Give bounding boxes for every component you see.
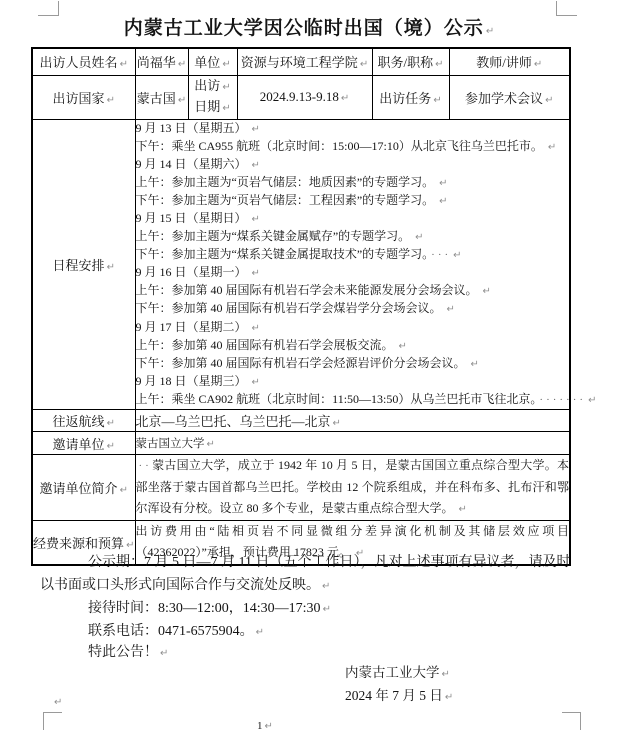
table-row-schedule: 日程安排 9 月 13 日（星期五） 下午：乘坐 CA955 航班（北京时间：1…: [32, 119, 570, 410]
schedule-line-text: 上午：参加主题为“煤系关键金属赋存”的专题学习。: [136, 229, 411, 243]
schedule-line-text: 9 月 16 日（星期一）: [136, 265, 247, 279]
schedule-content: 9 月 13 日（星期五） 下午：乘坐 CA955 航班（北京时间：15:00—…: [135, 119, 570, 410]
schedule-line: 下午：参加第 40 届国际有机岩石学会烃源岩评价分会场会议。: [136, 355, 570, 373]
schedule-line-text: 9 月 13 日（星期五）: [136, 121, 247, 135]
page-title: 内蒙古工业大学因公临时出国（境）公示: [0, 13, 618, 40]
schedule-line: 9 月 13 日（星期五）: [136, 120, 570, 138]
space-dots: ·······: [539, 394, 586, 406]
schedule-line-text: 下午：参加第 40 届国际有机岩石学会煤岩学分会场会议。: [136, 301, 442, 315]
schedule-line: 下午：参加主题为“煤系关键金属提取技术”的专题学习。···: [136, 246, 570, 264]
label-visit-task: 出访任务: [372, 75, 449, 119]
schedule-line: 9 月 15 日（星期日）: [136, 210, 570, 228]
schedule-line-text: 9 月 14 日（星期六）: [136, 157, 247, 171]
schedule-line-text: 上午：参加第 40 届国际有机岩石学会展板交流。: [136, 338, 394, 352]
value-visit-task: 参加学术会议: [449, 75, 570, 119]
signature-organization: 内蒙古工业大学: [345, 661, 450, 681]
table-row-trip: 出访国家 蒙古国 出访 日期 2024.9.13-9.18 出访任务 参加学术会…: [32, 75, 570, 119]
table-row-inviter: 邀请单位 蒙古国立大学: [32, 432, 570, 455]
schedule-line: 9 月 14 日（星期六）: [136, 156, 570, 174]
schedule-line: 下午：乘坐 CA955 航班（北京时间：15:00—17:10）从北京飞往乌兰巴…: [136, 138, 570, 156]
table-row-person: 出访人员姓名 尚福华 单位 资源与环境工程学院 职务/职称 教师/讲师: [32, 48, 570, 75]
value-route: 北京—乌兰巴托、乌兰巴托—北京: [135, 410, 570, 432]
space-dots: ···: [431, 249, 451, 261]
label-inviter: 邀请单位: [32, 432, 135, 455]
schedule-line: 9 月 16 日（星期一）: [136, 264, 570, 282]
schedule-line-text: 上午：乘坐 CA902 航班（北京时间：11:50—13:50）从乌兰巴托市飞往…: [136, 392, 537, 406]
notice-period-line2: 以书面或口头形式向国际合作与交流处反映。: [40, 574, 330, 594]
label-schedule: 日程安排: [32, 119, 135, 410]
page-number: 1: [257, 720, 273, 732]
label-visit-date-line1: 出访: [189, 76, 237, 97]
notice-period-line1: 公示期：7 月 5 日—7 月 11 日（五个工作日），凡对上述事项有异议者，请…: [88, 551, 570, 571]
value-visit-date: 2024.9.13-9.18: [237, 75, 372, 119]
schedule-line-text: 9 月 18 日（星期三）: [136, 374, 247, 388]
contact-phone: 联系电话：0471-6575904。: [88, 620, 264, 640]
space-dots: ··: [139, 460, 152, 472]
schedule-line-text: 下午：乘坐 CA955 航班（北京时间：15:00—17:10）从北京飞往乌兰巴…: [136, 139, 543, 153]
schedule-line: 上午：参加主题为“煤系关键金属赋存”的专题学习。: [136, 228, 570, 246]
schedule-line: 9 月 18 日（星期三）: [136, 373, 570, 391]
schedule-line-text: 9 月 15 日（星期日）: [136, 211, 247, 225]
empty-paragraph-mark: [52, 694, 62, 710]
table-row-inviter-intro: 邀请单位简介 ··蒙古国立大学，成立于 1942 年 10 月 5 日，是蒙古国…: [32, 455, 570, 521]
notice-table: 出访人员姓名 尚福华 单位 资源与环境工程学院 职务/职称 教师/讲师 出访国家…: [31, 47, 571, 566]
schedule-line: 下午：参加第 40 届国际有机岩石学会煤岩学分会场会议。: [136, 300, 570, 318]
schedule-line-text: 下午：参加主题为“煤系关键金属提取技术”的专题学习。: [136, 247, 429, 261]
label-position-title: 职务/职称: [372, 48, 449, 75]
schedule-line-text: 上午：参加主题为“页岩气储层：地质因素”的专题学习。: [136, 175, 435, 189]
label-route: 往返航线: [32, 410, 135, 432]
table-row-route: 往返航线 北京—乌兰巴托、乌兰巴托—北京: [32, 410, 570, 432]
label-destination-country: 出访国家: [32, 75, 135, 119]
value-position-title: 教师/讲师: [449, 48, 570, 75]
value-inviter: 蒙古国立大学: [135, 432, 570, 455]
document-page: 内蒙古工业大学因公临时出国（境）公示 出访人员姓名 尚福华 单位 资源与环境工程…: [0, 0, 618, 741]
schedule-line: 上午：乘坐 CA902 航班（北京时间：11:50—13:50）从乌兰巴托市飞往…: [136, 391, 570, 409]
schedule-line: 上午：参加主题为“页岩气储层：地质因素”的专题学习。: [136, 174, 570, 192]
label-inviter-intro: 邀请单位简介: [32, 455, 135, 521]
label-unit: 单位: [188, 48, 237, 75]
schedule-line: 下午：参加主题为“页岩气储层：工程因素”的专题学习。: [136, 192, 570, 210]
label-visit-date-line2: 日期: [189, 97, 237, 118]
announcement-closing: 特此公告！: [88, 641, 168, 661]
schedule-line-text: 下午：参加主题为“页岩气储层：工程因素”的专题学习。: [136, 193, 435, 207]
signature-date: 2024 年 7 月 5 日: [345, 684, 453, 704]
label-visit-date: 出访 日期: [188, 75, 237, 119]
label-visitor-name: 出访人员姓名: [32, 48, 135, 75]
schedule-line-text: 上午：参加第 40 届国际有机岩石学会未来能源发展分会场会议。: [136, 283, 478, 297]
value-unit: 资源与环境工程学院: [237, 48, 372, 75]
schedule-line: 上午：参加第 40 届国际有机岩石学会未来能源发展分会场会议。: [136, 282, 570, 300]
inviter-intro-text: 蒙古国立大学，成立于 1942 年 10 月 5 日，是蒙古国国立重点综合型大学…: [136, 458, 570, 515]
reception-hours: 接待时间：8:30—12:00，14:30—17:30: [88, 597, 331, 617]
schedule-line: 上午：参加第 40 届国际有机岩石学会展板交流。: [136, 337, 570, 355]
margin-corner-mark-bottom-right: [562, 712, 581, 730]
schedule-line-text: 下午：参加第 40 届国际有机岩石学会烃源岩评价分会场会议。: [136, 356, 466, 370]
margin-corner-mark-bottom-left: [43, 712, 62, 730]
schedule-line-text: 9 月 17 日（星期二）: [136, 320, 247, 334]
value-destination-country: 蒙古国: [135, 75, 188, 119]
value-visitor-name: 尚福华: [135, 48, 188, 75]
value-inviter-intro: ··蒙古国立大学，成立于 1942 年 10 月 5 日，是蒙古国国立重点综合型…: [135, 455, 570, 521]
schedule-line: 9 月 17 日（星期二）: [136, 319, 570, 337]
